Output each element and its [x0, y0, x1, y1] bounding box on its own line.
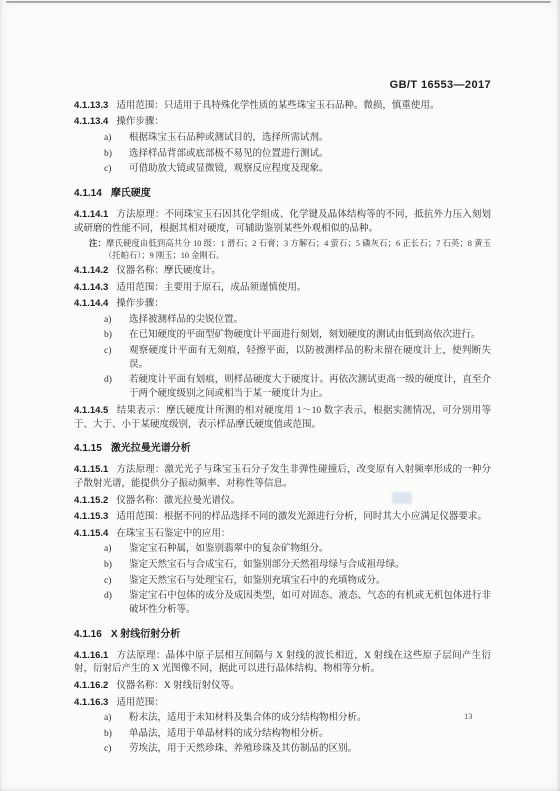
clause-number: 4.1.15.3 [74, 511, 108, 522]
clause-4-1-14-2: 4.1.14.2仪器名称：摩氏硬度计。 [74, 264, 491, 279]
clause-text: 在珠宝玉石鉴定中的应用： [116, 529, 230, 539]
list-item-b: b)单晶法，适用于单晶材料的成分结构物相分析。 [74, 728, 491, 742]
clause-text: 仪器名称：X 射线衍射仪等。 [116, 681, 239, 691]
note-label: 注： [89, 239, 106, 248]
clause-number: 4.1.15.2 [74, 495, 108, 506]
clause-number: 4.1.14.5 [74, 405, 108, 416]
heading-number: 4.1.16 [74, 629, 102, 640]
list-item-text: 鉴定宝石中包体的成分及成因类型，如可对固态、液态、气态的有机或无机包体进行非破坏… [129, 591, 491, 615]
clause-text: 仪器名称：激光拉曼光谱仪。 [116, 496, 240, 506]
clause-number: 4.1.16.1 [74, 650, 108, 661]
clause-text: 方法原理：晶体中原子层相互间隔与 X 射线的波长相近，X 射线在这些原子层间产生… [74, 651, 491, 675]
clause-4-1-14-5: 4.1.14.5结果表示：摩氏硬度计所测的相对硬度用 1～10 数字表示，根据实… [74, 404, 491, 433]
clause-text: 适用范围：主要用于原石，成品须谨慎使用。 [116, 283, 306, 293]
list-item-d: d)若硬度计平面有划痕，则样品硬度大于硬度计。再依次测试更高一级的硬度计，直至介… [74, 374, 491, 402]
list-item-text: 劳埃法，用于天然珍珠、养殖珍珠及其仿制品的区别。 [129, 744, 357, 754]
scan-right-edge-artifact [556, 0, 560, 791]
clause-number: 4.1.13.4 [74, 116, 108, 127]
heading-number: 4.1.15 [74, 443, 102, 454]
clause-4-1-13-3: 4.1.13.3适用范围：只适用于具特殊化学性质的某些珠宝玉石品种。微损，慎重使… [74, 99, 491, 114]
list-item-a: a)鉴定宝石种属，如鉴别翡翠中的复杂矿物组分。 [74, 543, 491, 557]
clause-4-1-16-3: 4.1.16.3适用范围： [74, 696, 491, 711]
clause-4-1-15-2: 4.1.15.2仪器名称：激光拉曼光谱仪。 [74, 494, 491, 509]
list-item-b: b)鉴定天然宝石与合成宝石，如鉴别部分天然祖母绿与合成祖母绿。 [74, 559, 491, 573]
section-heading-4-1-14: 4.1.14摩氏硬度 [74, 187, 491, 201]
clause-number: 4.1.14.1 [74, 209, 108, 220]
scanned-document-page: GB/T 16553—2017 4.1.13.3适用范围：只适用于具特殊化学性质… [0, 0, 560, 791]
page-number: 13 [464, 711, 473, 721]
list-item-c: c)可借助放大镜或显微镜，观察反应程度及现象。 [74, 163, 491, 177]
running-header-doc-code: GB/T 16553—2017 [390, 79, 491, 91]
list-item-a: a)粉末法，适用于未知材料及集合体的成分结构物相分析。 [74, 712, 491, 726]
list-item-b: b)在已知硬度的平面型矿物硬度计平面进行刻划，刻划硬度的测试由低到高依次进行。 [74, 329, 491, 343]
clause-4-1-15-1: 4.1.15.1方法原理：激光光子与珠宝玉石分子发生非弹性碰撞后，改变原有入射频… [74, 463, 491, 492]
list-item-marker: a) [104, 712, 111, 726]
list-item-text: 若硬度计平面有划痕，则样品硬度大于硬度计。再依次测试更高一级的硬度计，直至介于两… [129, 375, 491, 399]
clause-number: 4.1.14.2 [74, 265, 108, 276]
list-item-text: 鉴定宝石种属，如鉴别翡翠中的复杂矿物组分。 [129, 544, 329, 554]
list-item-d: d)鉴定宝石中包体的成分及成因类型，如可对固态、液态、气态的有机或无机包体进行非… [74, 590, 491, 618]
clause-text: 适用范围：只适用于具特殊化学性质的某些珠宝玉石品种。微损，慎重使用。 [116, 101, 439, 111]
clause-4-1-15-4: 4.1.15.4在珠宝玉石鉴定中的应用： [74, 527, 491, 542]
note: 注：摩氏硬度由低到高共分 10 级：1 滑石；2 石膏；3 方解石；4 萤石；5… [74, 238, 491, 262]
list-item-c: c)劳埃法，用于天然珍珠、养殖珍珠及其仿制品的区别。 [74, 743, 491, 757]
scan-top-edge-artifact [6, 1, 551, 3]
clause-number: 4.1.16.2 [74, 680, 108, 691]
list-item-text: 可借助放大镜或显微镜，观察反应程度及现象。 [129, 164, 329, 174]
list-item-a: a)选择被测样品的尖锐位置。 [74, 314, 491, 328]
list-item-marker: b) [104, 329, 112, 343]
clause-number: 4.1.15.4 [74, 528, 108, 539]
clause-number: 4.1.16.3 [74, 697, 108, 708]
list-item-marker: b) [104, 559, 112, 573]
clause-text: 操作步骤： [116, 299, 164, 309]
clause-text: 结果表示：摩氏硬度计所测的相对硬度用 1～10 数字表示，根据实测情况，可分别用… [74, 406, 491, 430]
heading-title: 激光拉曼光谱分析 [111, 443, 191, 454]
clause-4-1-16-2: 4.1.16.2仪器名称：X 射线衍射仪等。 [74, 679, 491, 694]
clause-text: 操作步骤： [116, 117, 164, 127]
clause-number: 4.1.13.3 [74, 100, 108, 111]
clause-number: 4.1.14.4 [74, 298, 108, 309]
list-item-a: a)根据珠宝玉石品种或测试目的，选择所需试剂。 [74, 132, 491, 146]
list-item-text: 鉴定天然宝石与处理宝石，如鉴别充填宝石中的充填物成分。 [129, 576, 386, 586]
list-item-text: 粉末法，适用于未知材料及集合体的成分结构物相分析。 [129, 713, 367, 723]
list-item-text: 单晶法，适用于单晶材料的成分结构物相分析。 [129, 729, 329, 739]
list-item-marker: a) [104, 314, 111, 328]
clause-4-1-13-4: 4.1.13.4操作步骤： [74, 115, 491, 130]
content-column: 4.1.13.3适用范围：只适用于具特殊化学性质的某些珠宝玉石品种。微损，慎重使… [74, 97, 491, 757]
clause-4-1-14-3: 4.1.14.3适用范围：主要用于原石，成品须谨慎使用。 [74, 281, 491, 296]
clause-4-1-14-1: 4.1.14.1方法原理：不同珠宝玉石因其化学组成、化学键及晶体结构等的不同，抵… [74, 208, 491, 237]
list-item-marker: d) [104, 590, 112, 604]
list-item-marker: a) [104, 543, 111, 557]
clause-text: 仪器名称：摩氏硬度计。 [116, 266, 221, 276]
list-item-text: 根据珠宝玉石品种或测试目的，选择所需试剂。 [129, 133, 329, 143]
scan-left-edge-artifact [0, 0, 3, 791]
list-item-text: 观察硬度计平面有无刻痕，轻擦平面，以防被测样品的粉末留在硬度计上，使判断失误。 [129, 346, 491, 370]
list-item-text: 选择样品背部或底部极不易见的位置进行测试。 [129, 149, 329, 159]
list-item-b: b)选择样品背部或底部极不易见的位置进行测试。 [74, 148, 491, 162]
list-item-text: 在已知硬度的平面型矿物硬度计平面进行刻划，刻划硬度的测试由低到高依次进行。 [129, 330, 481, 340]
list-item-marker: c) [104, 575, 111, 589]
note-text: 摩氏硬度由低到高共分 10 级：1 滑石；2 石膏；3 方解石；4 萤石；5 磷… [104, 239, 491, 260]
list-item-marker: a) [104, 132, 111, 146]
list-item-marker: b) [104, 728, 112, 742]
clause-4-1-15-3: 4.1.15.3适用范围：根据不同的样品选择不同的激发光源进行分析，同时其大小应… [74, 510, 491, 525]
list-item-marker: b) [104, 148, 112, 162]
clause-number: 4.1.15.1 [74, 464, 108, 475]
clause-number: 4.1.14.3 [74, 282, 108, 293]
heading-title: X 射线衍射分析 [111, 629, 180, 640]
clause-text: 适用范围：根据不同的样品选择不同的激发光源进行分析，同时其大小应满足仪器要求。 [116, 512, 487, 522]
list-item-marker: d) [104, 374, 112, 388]
section-heading-4-1-16: 4.1.16X 射线衍射分析 [74, 628, 491, 642]
list-item-marker: c) [104, 345, 111, 359]
section-heading-4-1-15: 4.1.15激光拉曼光谱分析 [74, 442, 491, 456]
heading-number: 4.1.14 [74, 188, 102, 199]
list-item-text: 鉴定天然宝石与合成宝石，如鉴别部分天然祖母绿与合成祖母绿。 [129, 560, 405, 570]
heading-title: 摩氏硬度 [111, 188, 151, 199]
list-item-marker: c) [104, 163, 111, 177]
list-item-c: c)鉴定天然宝石与处理宝石，如鉴别充填宝石中的充填物成分。 [74, 575, 491, 589]
list-item-marker: c) [104, 743, 111, 757]
list-item-text: 选择被测样品的尖锐位置。 [129, 315, 243, 325]
clause-text: 方法原理：激光光子与珠宝玉石分子发生非弹性碰撞后，改变原有入射频率形成的一种分子… [74, 465, 491, 489]
clause-text: 方法原理：不同珠宝玉石因其化学组成、化学键及晶体结构等的不同，抵抗外力压入刻划或… [74, 210, 491, 234]
clause-text: 适用范围： [116, 698, 164, 708]
clause-4-1-16-1: 4.1.16.1方法原理：晶体中原子层相互间隔与 X 射线的波长相近，X 射线在… [74, 649, 491, 678]
clause-4-1-14-4: 4.1.14.4操作步骤： [74, 297, 491, 312]
list-item-c: c)观察硬度计平面有无刻痕，轻擦平面，以防被测样品的粉末留在硬度计上，使判断失误… [74, 345, 491, 373]
